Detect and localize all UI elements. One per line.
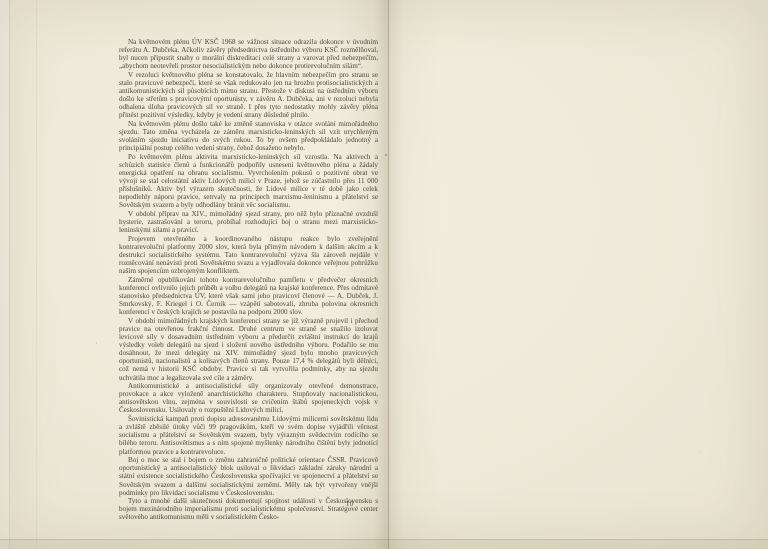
scan-speck — [385, 154, 387, 156]
scan-speck — [700, 452, 701, 453]
scan-speck — [96, 342, 97, 344]
right-page: slovensku své přímé pomahače. Ústy jedno… — [388, 0, 768, 549]
paper-crease — [36, 0, 37, 549]
left-page: Na květnovém plénu ÚV KSČ 1968 se vážnos… — [0, 0, 388, 549]
book-spread: Na květnovém plénu ÚV KSČ 1968 se vážnos… — [0, 0, 768, 549]
page-edge-bottom — [0, 539, 768, 549]
book-gutter-fold-line — [388, 0, 389, 549]
page-edge-left — [0, 0, 10, 549]
book-gutter-shadow — [338, 0, 442, 549]
